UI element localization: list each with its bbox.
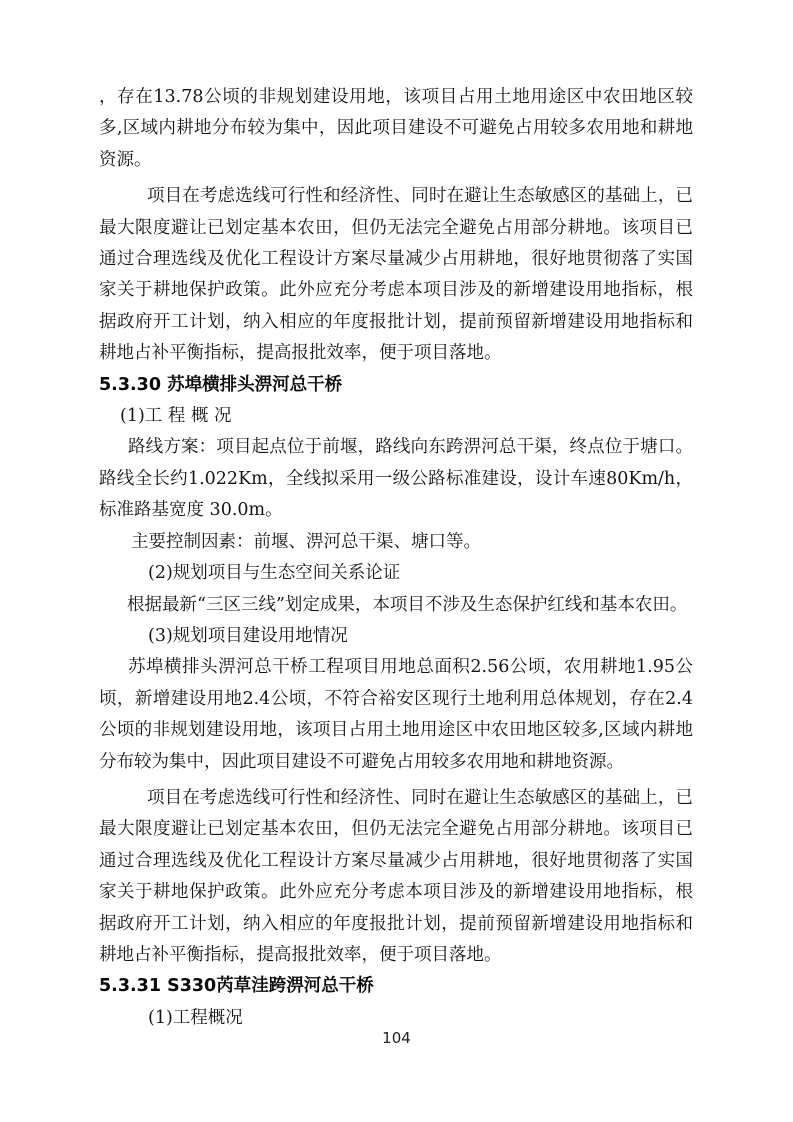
- item-eco-space-relation: (2)规划项目与生态空间关系论证: [99, 558, 693, 589]
- paragraph-route-plan: 路线方案：项目起点位于前堰，路线向东跨淠河总干渠，终点位于塘口。路线全长约1.0…: [99, 432, 693, 526]
- paragraph-eco-space-result: 根据最新“三区三线”划定成果，本项目不涉及生态保护红线和基本农田。: [99, 590, 693, 621]
- section-heading-5-3-31: 5.3.31 S330芮草洼跨淠河总干桥: [99, 971, 693, 1002]
- item-engineering-overview: (1)工 程 概 况: [99, 401, 693, 432]
- paragraph-route-consideration: 项目在考虑选线可行性和经济性、同时在避让生态敏感区的基础上，已最大限度避让已划定…: [99, 181, 693, 369]
- section-heading-5-3-30: 5.3.30 苏埠横排头淠河总干桥: [99, 370, 693, 401]
- page-number: 104: [0, 1028, 793, 1048]
- paragraph-route-consideration-2: 项目在考虑选线可行性和经济性、同时在避让生态敏感区的基础上，已最大限度避让已划定…: [99, 783, 693, 971]
- document-page: ，存在13.78公顷的非规划建设用地，该项目占用土地用途区中农田地区较多,区域内…: [0, 0, 793, 1122]
- paragraph-land-overflow-tail: ，存在13.78公顷的非规划建设用地，该项目占用土地用途区中农田地区较多,区域内…: [99, 82, 693, 176]
- paragraph-land-use: 苏埠横排头淠河总干桥工程项目用地总面积2.56公顷，农用耕地1.95公顷，新增建…: [99, 652, 693, 778]
- item-construction-land-status: (3)规划项目建设用地情况: [99, 621, 693, 652]
- paragraph-control-factors: 主要控制因素：前堰、淠河总干渠、塘口等。: [99, 527, 693, 558]
